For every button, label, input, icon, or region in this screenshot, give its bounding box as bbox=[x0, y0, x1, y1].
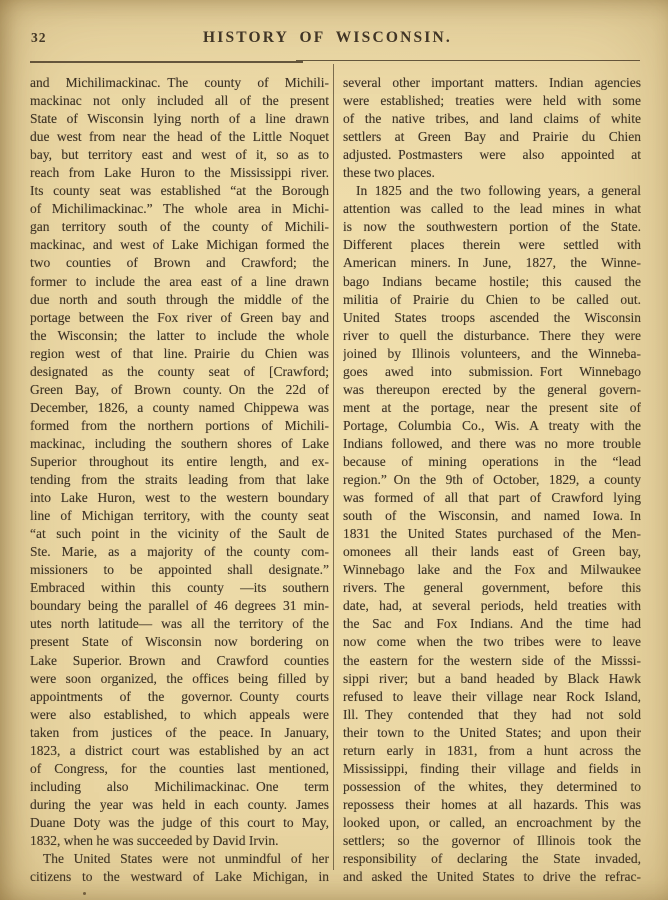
text-line: mackinac, and west of Lake Michigan form… bbox=[30, 236, 329, 254]
text-line: these two places. bbox=[343, 164, 641, 182]
header-rule-right bbox=[296, 60, 640, 62]
text-line: into Lake Huron, west to the western bou… bbox=[30, 489, 329, 507]
text-line: several other important matters. Indian … bbox=[343, 74, 641, 92]
text-line: Indians followed, and there was no more … bbox=[343, 435, 641, 453]
text-line: Portage, Columbia Co., Wis. A treaty wit… bbox=[343, 417, 641, 435]
text-line: Lake Superior. Brown and Crawford counti… bbox=[30, 652, 329, 670]
text-line: former to include the area east of a lin… bbox=[30, 273, 329, 291]
text-line: including also Michilimackinac. One term bbox=[30, 778, 329, 796]
text-line: were also established, to which appeals … bbox=[30, 706, 329, 724]
text-line: taken from justices of the peace. In Jan… bbox=[30, 724, 329, 742]
text-line: In 1825 and the two following years, a g… bbox=[343, 182, 641, 200]
text-line: missioners to be appointed shall designa… bbox=[30, 561, 329, 579]
text-line: their town to the United States; and upo… bbox=[343, 724, 641, 742]
text-line: 1823, a district court was established b… bbox=[30, 742, 329, 760]
text-line: attention was called to the lead mines i… bbox=[343, 200, 641, 218]
text-line: Superior throughout its entire length, a… bbox=[30, 453, 329, 471]
text-line: utes north latitude— was all the territo… bbox=[30, 615, 329, 633]
text-line: the eastern for the western side of the … bbox=[343, 652, 641, 670]
text-line: of Congress, for the counties last menti… bbox=[30, 760, 329, 778]
text-line: Ste. Marie, as a majority of the county … bbox=[30, 543, 329, 561]
text-line: date, had, at several periods, held trea… bbox=[343, 597, 641, 615]
text-line: tending from the straits leading from th… bbox=[30, 471, 329, 489]
text-line: militia of Prairie du Chien to be called… bbox=[343, 291, 641, 309]
right-column: several other important matters. Indian … bbox=[343, 74, 641, 886]
text-line: rivers. The general government, before t… bbox=[343, 579, 641, 597]
text-line: bago Indians became hostile; this caused… bbox=[343, 273, 641, 291]
text-line: Winnebago lake and the Fox and Milwaukee bbox=[343, 561, 641, 579]
text-line: was formed of all that part of Crawford … bbox=[343, 489, 641, 507]
text-line: and Michilimackinac. The county of Michi… bbox=[30, 74, 329, 92]
text-line: mackinac, including the southern shores … bbox=[30, 435, 329, 453]
text-line: boundary being the parallel of 46 degree… bbox=[30, 597, 329, 615]
text-line: December, 1826, a county named Chippewa … bbox=[30, 399, 329, 417]
text-line: State of Wisconsin lying north of a line… bbox=[30, 110, 329, 128]
text-line: because of mining operations in the “lea… bbox=[343, 453, 641, 471]
text-line: Green Bay, of Brown county. On the 22d o… bbox=[30, 381, 329, 399]
book-page: 32 HISTORY OF WISCONSIN. and Michilimack… bbox=[0, 0, 668, 900]
text-line: mackinac not only included all of the pr… bbox=[30, 92, 329, 110]
text-line: appointments of the governor. County cou… bbox=[30, 688, 329, 706]
text-line: of Michilimackinac.” The whole area in M… bbox=[30, 200, 329, 218]
text-line: line of Michigan territory, with the cou… bbox=[30, 507, 329, 525]
ink-speck bbox=[83, 892, 86, 895]
text-line: looked upon, or called, an encroachment … bbox=[343, 814, 641, 832]
left-column: and Michilimackinac. The county of Michi… bbox=[30, 74, 329, 886]
text-line: repossess their homes at all hazards. Th… bbox=[343, 796, 641, 814]
text-line: citizens to the westward of Lake Michiga… bbox=[30, 868, 329, 886]
text-line: south of the Wisconsin, and named Iowa. … bbox=[343, 507, 641, 525]
text-line: settlers; so the governor of Illinois to… bbox=[343, 832, 641, 850]
text-line: were soon organized, the offices being f… bbox=[30, 670, 329, 688]
text-line: were established; treaties were held wit… bbox=[343, 92, 641, 110]
text-line: 1832, when he was succeeded by David Irv… bbox=[30, 832, 329, 850]
text-line: Different places therein were settled wi… bbox=[343, 236, 641, 254]
text-line: reach from Lake Huron to the Mississippi… bbox=[30, 164, 329, 182]
text-line: gan territory south of the county of Mic… bbox=[30, 218, 329, 236]
text-line: joined by Illinois volunteers, and the W… bbox=[343, 345, 641, 363]
text-line: 1831 the United States purchased of the … bbox=[343, 525, 641, 543]
text-line: goes awed into submission. Fort Winnebag… bbox=[343, 363, 641, 381]
text-line: river to quell the disturbance. There th… bbox=[343, 327, 641, 345]
text-line: Its county seat was established “at the … bbox=[30, 182, 329, 200]
text-line: region.” On the 9th of October, 1829, a … bbox=[343, 471, 641, 489]
text-line: United States troops ascended the Wiscon… bbox=[343, 309, 641, 327]
text-line: settlers at Green Bay and Prairie du Chi… bbox=[343, 128, 641, 146]
text-line: ment at the portage, near the present si… bbox=[343, 399, 641, 417]
text-line: bay, but territory east and west of it, … bbox=[30, 146, 329, 164]
text-line: and asked the United States to drive the… bbox=[343, 868, 641, 886]
page-title: HISTORY OF WISCONSIN. bbox=[0, 29, 655, 47]
text-line: due west from near the head of the Littl… bbox=[30, 128, 329, 146]
text-line: Mississippi, finding their village and f… bbox=[343, 760, 641, 778]
text-line: two counties of Brown and Crawford; the bbox=[30, 254, 329, 272]
text-line: the Wisconsin; the latter to include the… bbox=[30, 327, 329, 345]
text-line: adjusted. Postmasters were also appointe… bbox=[343, 146, 641, 164]
text-line: possession of the whites, they determine… bbox=[343, 778, 641, 796]
text-line: The United States were not unmindful of … bbox=[30, 850, 329, 868]
text-line: was thereupon erected by the general gov… bbox=[343, 381, 641, 399]
text-line: formed from the northern portions of Mic… bbox=[30, 417, 329, 435]
column-divider bbox=[333, 64, 334, 870]
text-line: portage between the Fox river of Green b… bbox=[30, 309, 329, 327]
text-line: “at such point in the vicinity of the Sa… bbox=[30, 525, 329, 543]
text-line: omonees all their lands east of Green ba… bbox=[343, 543, 641, 561]
text-line: refused to leave their village near Rock… bbox=[343, 688, 641, 706]
text-line: is now the southwestern portion of the S… bbox=[343, 218, 641, 236]
text-line: now come when the two tribes were to lea… bbox=[343, 633, 641, 651]
text-line: responsibility of declaring the State in… bbox=[343, 850, 641, 868]
text-line: American miners. In June, 1827, the Winn… bbox=[343, 254, 641, 272]
text-line: return early in 1831, from a hunt across… bbox=[343, 742, 641, 760]
text-line: Duane Doty was the judge of this court t… bbox=[30, 814, 329, 832]
text-line: region west of that line. Prairie du Chi… bbox=[30, 345, 329, 363]
text-line: the Sac and Fox Indians. And the time ha… bbox=[343, 615, 641, 633]
header-rule-left bbox=[30, 61, 303, 63]
text-line: due north and south through the middle o… bbox=[30, 291, 329, 309]
text-line: sippi river; but a band headed by Black … bbox=[343, 670, 641, 688]
text-line: during the year was held in each county.… bbox=[30, 796, 329, 814]
text-line: Embraced within this county —its souther… bbox=[30, 579, 329, 597]
text-line: present State of Wisconsin now bordering… bbox=[30, 633, 329, 651]
text-line: designated as the county seat of [Crawfo… bbox=[30, 363, 329, 381]
text-line: Ill. They contended that they had not so… bbox=[343, 706, 641, 724]
text-line: of the native tribes, and land claims of… bbox=[343, 110, 641, 128]
